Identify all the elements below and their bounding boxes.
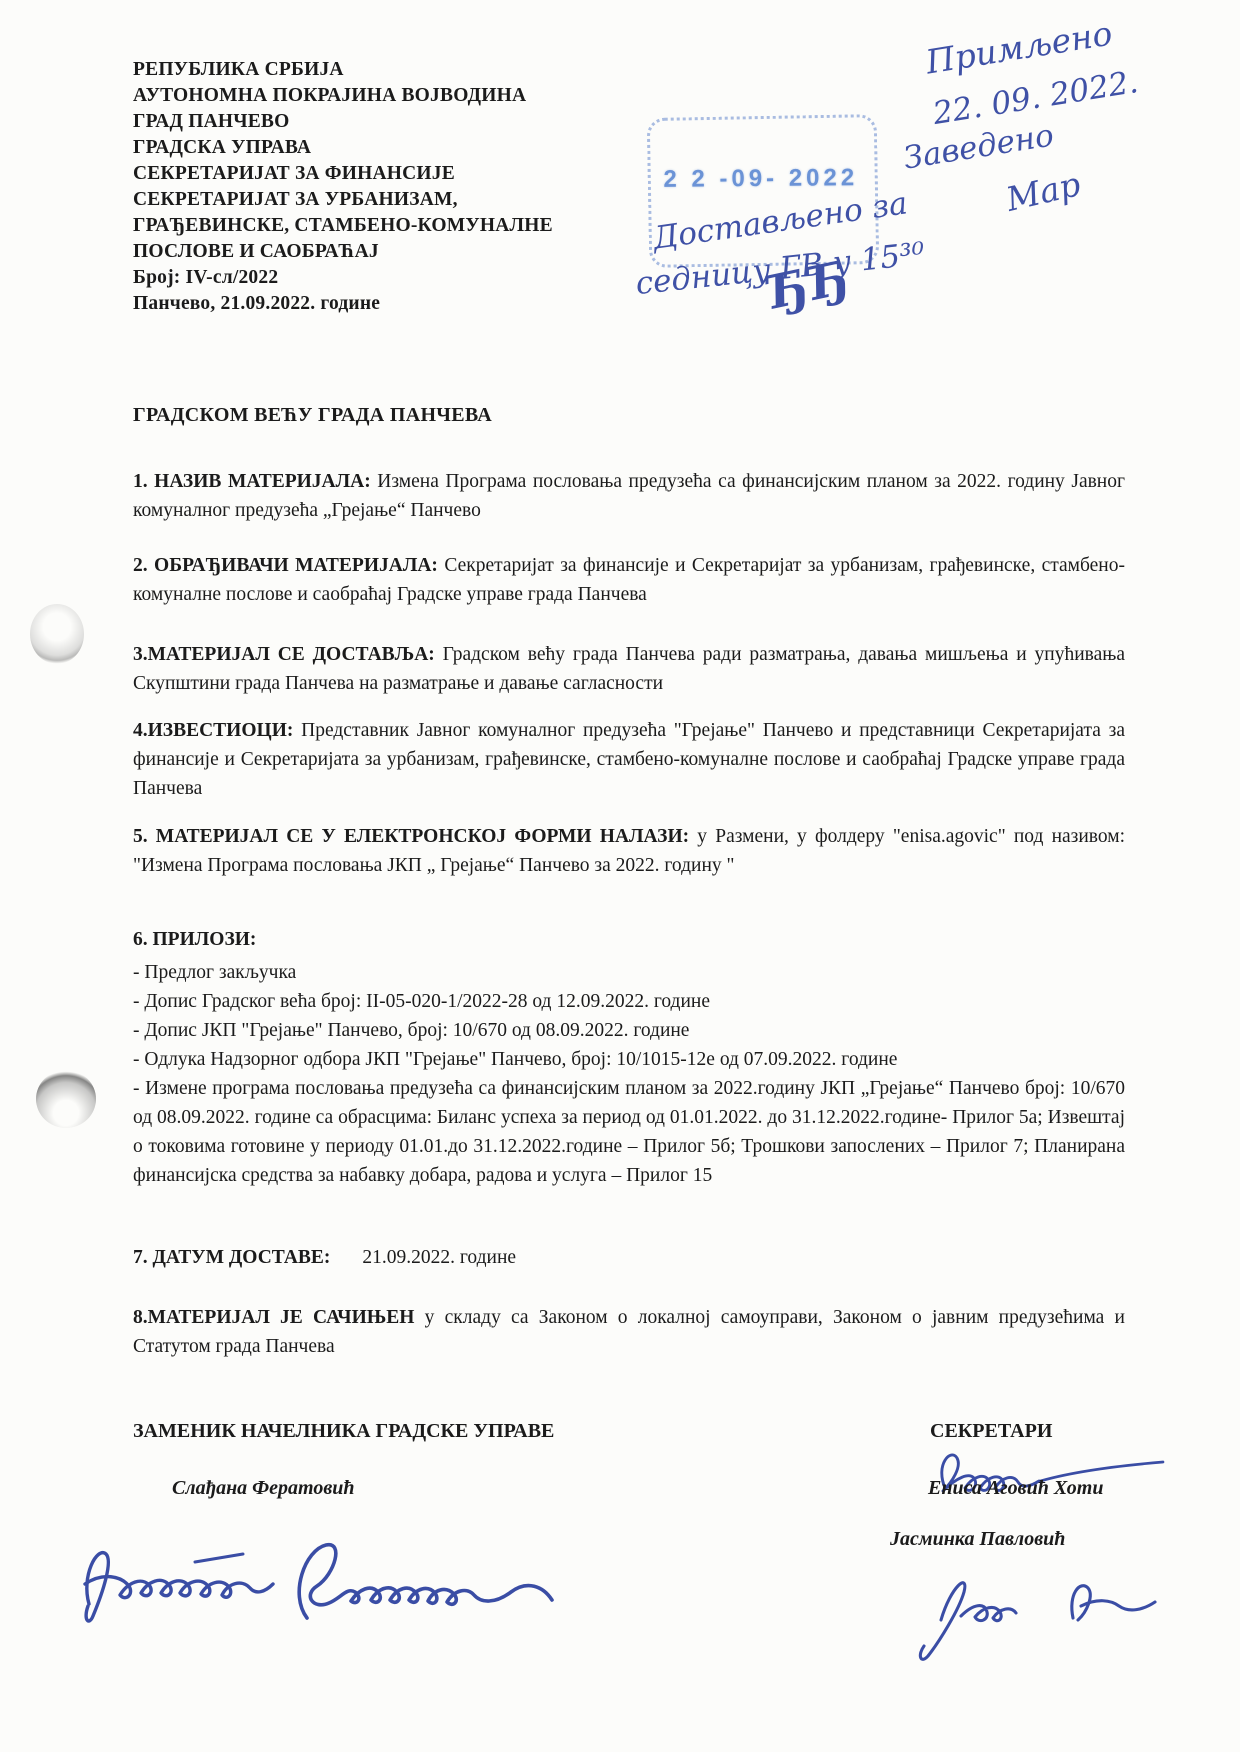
hole-punch-top	[30, 604, 84, 664]
section-3-delivered-to: 3.МАТЕРИЈАЛ СЕ ДОСТАВЉА: Градском већу г…	[133, 640, 1125, 698]
letterhead-line-province: АУТОНОМНА ПОКРАЈИНА ВОЈВОДИНА	[133, 83, 553, 109]
section-1-label: 1. НАЗИВ МАТЕРИЈАЛА:	[133, 471, 371, 492]
letterhead-line-republic: РЕПУБЛИКА СРБИЈА	[133, 57, 553, 83]
attachment-item: - Допис ЈКП "Грејање" Панчево, број: 10/…	[133, 1016, 1125, 1045]
letterhead-line-secretariat-urbanism-3: ПОСЛОВЕ И САОБРАЋАЈ	[133, 239, 553, 265]
letterhead-line-secretariat-urbanism: СЕКРЕТАРИЈАТ ЗА УРБАНИЗАМ,	[133, 187, 553, 213]
section-6-attachments-heading: 6. ПРИЛОЗИ:	[133, 929, 256, 951]
section-1-material-title: 1. НАЗИВ МАТЕРИЈАЛА: Измена Програма пос…	[133, 467, 1125, 525]
attachments-list: - Предлог закључка - Допис Градског већа…	[133, 958, 1125, 1190]
letterhead-line-secretariat-urbanism-2: ГРАЂЕВИНСКЕ, СТАМБЕНО-КОМУНАЛНЕ	[133, 213, 553, 239]
received-note-line4: Мар	[1003, 164, 1084, 219]
section-5-label: 5. МАТЕРИЈАЛ СЕ У ЕЛЕКТРОНСКОЈ ФОРМИ НАЛ…	[133, 826, 689, 847]
section-2-processors: 2. ОБРАЂИВАЧИ МАТЕРИЈАЛА: Секретаријат з…	[133, 551, 1125, 609]
secretary-2-name: Јасминка Павловић	[890, 1528, 1065, 1551]
section-4-label: 4.ИЗВЕСТИОЦИ:	[133, 720, 293, 741]
letterhead-line-place-date: Панчево, 21.09.2022. године	[133, 291, 553, 317]
section-4-rapporteurs: 4.ИЗВЕСТИОЦИ: Представник Јавног комунал…	[133, 716, 1125, 803]
attachment-item: - Измене програма пословања предузећа са…	[133, 1074, 1125, 1190]
attachment-item: - Предлог закључка	[133, 958, 1125, 987]
deputy-chief-title: ЗАМЕНИК НАЧЕЛНИКА ГРАДСКЕ УПРАВЕ	[133, 1420, 554, 1443]
section-5-electronic-form: 5. МАТЕРИЈАЛ СЕ У ЕЛЕКТРОНСКОЈ ФОРМИ НАЛ…	[133, 822, 1125, 880]
section-7-value: 21.09.2022. године	[362, 1247, 516, 1268]
scanned-document-page: РЕПУБЛИКА СРБИЈА АУТОНОМНА ПОКРАЈИНА ВОЈ…	[0, 0, 1240, 1752]
received-note-line3: Заведено	[901, 117, 1056, 176]
section-8-label: 8.МАТЕРИЈАЛ ЈЕ САЧИЊЕН	[133, 1307, 414, 1328]
letterhead-line-administration: ГРАДСКА УПРАВА	[133, 135, 553, 161]
letterhead-line-city: ГРАД ПАНЧЕВО	[133, 109, 553, 135]
section-8-legal-basis: 8.МАТЕРИЈАЛ ЈЕ САЧИЊЕН у складу са Закон…	[133, 1303, 1125, 1361]
letterhead: РЕПУБЛИКА СРБИЈА АУТОНОМНА ПОКРАЈИНА ВОЈ…	[133, 57, 553, 317]
deputy-chief-name: Слађана Фератовић	[172, 1477, 355, 1500]
hole-punch-bottom	[36, 1070, 96, 1128]
section-7-delivery-date: 7. ДАТУМ ДОСТАВЕ:21.09.2022. године	[133, 1243, 1125, 1272]
deputy-chief-signature	[75, 1532, 575, 1642]
section-2-label: 2. ОБРАЂИВАЧИ МАТЕРИЈАЛА:	[133, 555, 438, 576]
secretary-1-name: Ениса Аговић Хоти	[928, 1477, 1103, 1500]
date-stamp-date: 2 2 -09- 2022	[661, 164, 861, 194]
attachment-item: - Допис Градског већа број: II-05-020-1/…	[133, 987, 1125, 1016]
letterhead-line-secretariat-finance: СЕКРЕТАРИЈАТ ЗА ФИНАНСИЈЕ	[133, 161, 553, 187]
section-3-label: 3.МАТЕРИЈАЛ СЕ ДОСТАВЉА:	[133, 644, 435, 665]
recipient-line: ГРАДСКОМ ВЕЋУ ГРАДА ПАНЧЕВА	[133, 404, 492, 427]
attachment-item: - Одлука Надзорног одбора ЈКП "Грејање" …	[133, 1045, 1125, 1074]
secretary-2-signature	[915, 1562, 1165, 1662]
letterhead-line-number: Број: IV-сл/2022	[133, 265, 553, 291]
section-7-label: 7. ДАТУМ ДОСТАВЕ:	[133, 1247, 330, 1268]
